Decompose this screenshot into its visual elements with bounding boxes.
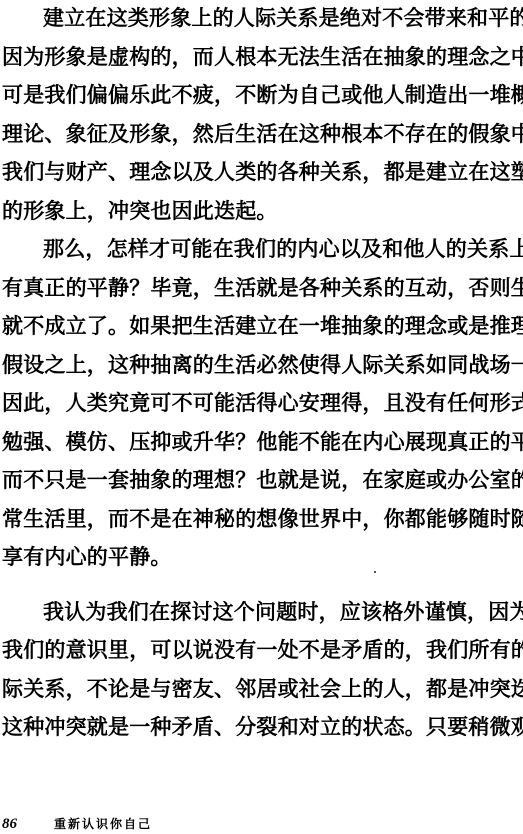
text-line: 而不只是一套抽象的理想？也就是说，在家庭或办公室的日 [2, 465, 521, 495]
text-line: 因为形象是虚构的，而人根本无法生活在抽象的理念之中。 [2, 42, 521, 72]
text-line: 勉强、模仿、压抑或升华？他能不能在内心展现真正的平静， [2, 427, 521, 457]
text-line: 那么，怎样才可能在我们的内心以及和他人的关系上享 [43, 234, 521, 264]
text-line: 因此，人类究竟可不可能活得心安理得，且没有任何形式的 [2, 388, 521, 418]
text-line: 我们的意识里，可以说没有一处不是矛盾的，我们所有的人 [2, 635, 521, 665]
text-line: 的形象上，冲突也因此迭起。 [2, 196, 521, 226]
text-line: 我们与财产、理念以及人类的各种关系，都是建立在这塑造 [2, 157, 521, 187]
text-line: 建立在这类形象上的人际关系是绝对不会带来和平的， [43, 3, 521, 33]
text-line: 就不成立了。如果把生活建立在一堆抽象的理念或是推理的 [2, 311, 521, 341]
text-line: 可是我们偏偏乐此不疲，不断为自己或他人制造出一堆概念、 [2, 80, 521, 110]
text-line: 这种冲突就是一种矛盾、分裂和对立的状态。只要稍微观察 [2, 712, 521, 742]
text-line: 际关系，不论是与密友、邻居或社会上的人，都是冲突迭起。 [2, 674, 521, 704]
text-line: 我认为我们在探讨这个问题时，应该格外谨慎，因为在 [43, 597, 521, 627]
text-line: 常生活里，而不是在神秘的想像世界中，你都能够随时随地 [2, 504, 521, 534]
page-footer: 86 重新认识你自己 [2, 815, 17, 833]
text-line: 有真正的平静？毕竟，生活就是各种关系的互动，否则生活 [2, 273, 521, 303]
book-page: 建立在这类形象上的人际关系是绝对不会带来和平的， 因为形象是虚构的，而人根本无法… [0, 0, 523, 834]
book-title: 重新认识你自己 [54, 815, 152, 833]
text-line: 享有内心的平静。 [2, 542, 521, 572]
scan-speck [374, 571, 376, 573]
page-number: 86 [2, 816, 17, 832]
text-line: 理论、象征及形象，然后生活在这种根本不存在的假象中。 [2, 119, 521, 149]
text-line: 假设之上，这种抽离的生活必然使得人际关系如同战场一般。 [2, 350, 521, 380]
